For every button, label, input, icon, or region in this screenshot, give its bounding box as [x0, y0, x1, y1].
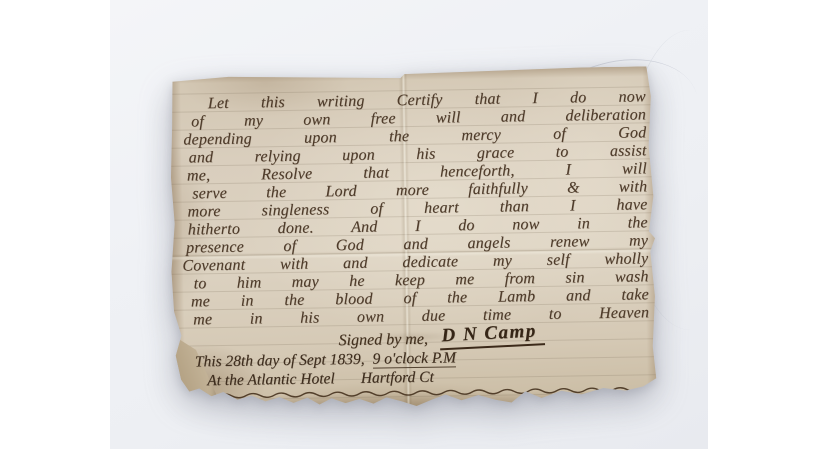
- photograph-of-document: Let this writing Certify that I do now o…: [0, 0, 819, 449]
- place-city-text: Hartford Ct: [361, 368, 434, 388]
- time-text: 9 o'clock P.M: [372, 348, 456, 368]
- document-paper: Let this writing Certify that I do now o…: [168, 66, 657, 413]
- photo-backdrop: Let this writing Certify that I do now o…: [110, 0, 708, 449]
- paper-shadow-wrap: Let this writing Certify that I do now o…: [110, 0, 708, 449]
- manuscript-text: Let this writing Certify that I do now o…: [168, 66, 657, 413]
- signed-by-me-text: Signed by me,: [338, 331, 428, 350]
- date-text: This 28th day of Sept 1839,: [195, 350, 365, 372]
- signature: D N Camp: [439, 320, 546, 350]
- place-hotel-text: At the Atlantic Hotel: [207, 369, 335, 390]
